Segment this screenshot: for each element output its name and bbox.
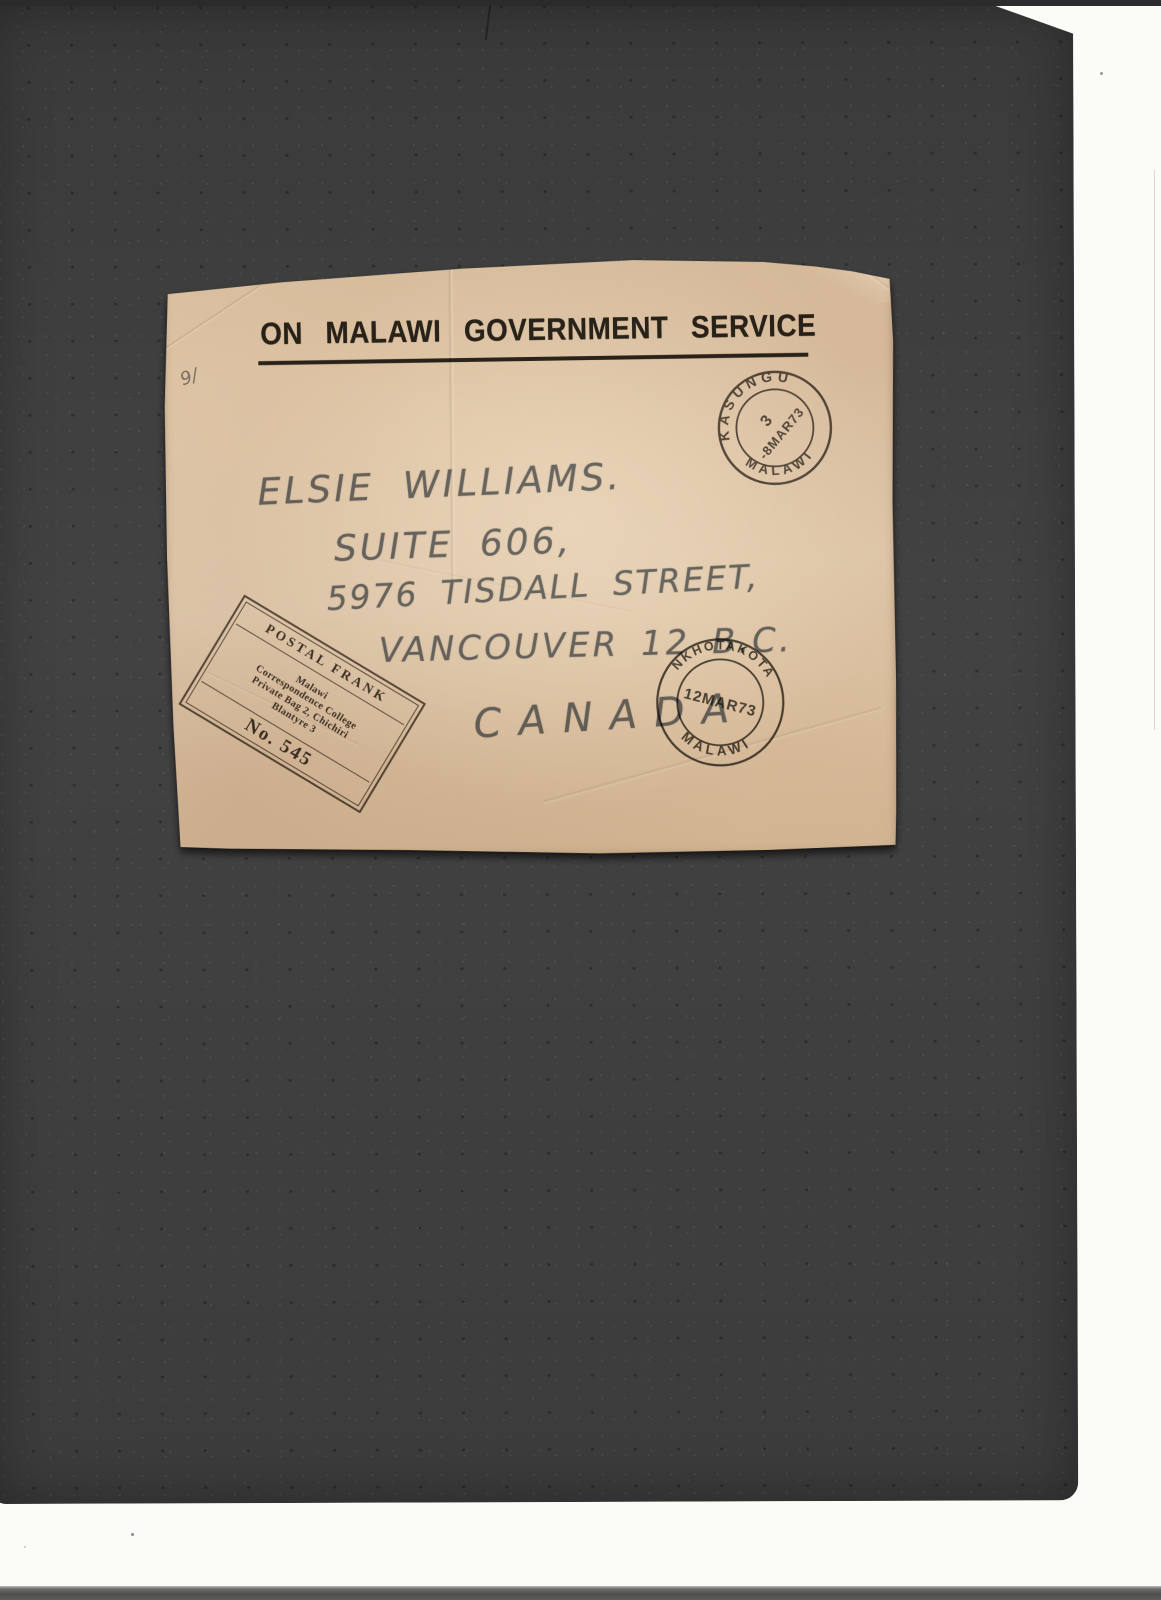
- printed-heading: ON MALAWI GOVERNMENT SERVICE: [260, 308, 816, 353]
- dust-speck: [24, 1546, 26, 1548]
- envelope: ON MALAWI GOVERNMENT SERVICE 9/ ELSIE WI…: [163, 251, 898, 859]
- corner-fold-highlight: [811, 257, 891, 304]
- dust-speck: [1100, 72, 1103, 75]
- scan-edge-top: [0, 0, 1161, 6]
- postmark-country-arc: MALAWI: [741, 445, 819, 484]
- paper-crease: [164, 283, 263, 351]
- address-line-2: SUITE 606,: [333, 521, 572, 570]
- address-line-1: ELSIE WILLIAMS.: [257, 455, 623, 514]
- postmark-kasungu: KASUNGU MALAWI 3 -8MAR73: [708, 361, 841, 494]
- postmark-index-numeral: 3: [757, 412, 776, 430]
- envelope-wrapper: ON MALAWI GOVERNMENT SERVICE 9/ ELSIE WI…: [163, 251, 898, 859]
- postmark-date: 12MAR73: [682, 685, 758, 720]
- svg-text:NKHOTAKOTA: NKHOTAKOTA: [668, 633, 780, 682]
- scanned-cover-photo: ON MALAWI GOVERNMENT SERVICE 9/ ELSIE WI…: [0, 0, 1161, 1600]
- svg-text:MALAWI: MALAWI: [741, 445, 819, 484]
- postmark-town-arc: NKHOTAKOTA: [668, 633, 780, 682]
- dust-speck: [131, 1533, 134, 1536]
- pencil-notation: 9/: [178, 365, 201, 390]
- postmark-nkhotakota: NKHOTAKOTA MALAWI 12MAR73: [644, 626, 797, 779]
- scan-margin-line: [1154, 170, 1155, 730]
- postal-frank-cachet: POSTAL FRANK Malawi Correspondence Colle…: [178, 595, 426, 814]
- scan-edge-bottom: [0, 1586, 1161, 1600]
